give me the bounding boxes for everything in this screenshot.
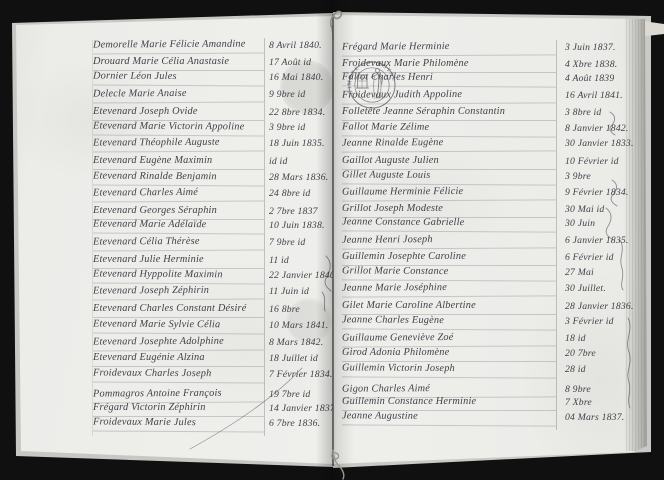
scanned-register-spread: Demorelle Marie Félicie Amandine 8 Avril… xyxy=(0,0,664,480)
binding-thread-icon xyxy=(0,0,664,480)
